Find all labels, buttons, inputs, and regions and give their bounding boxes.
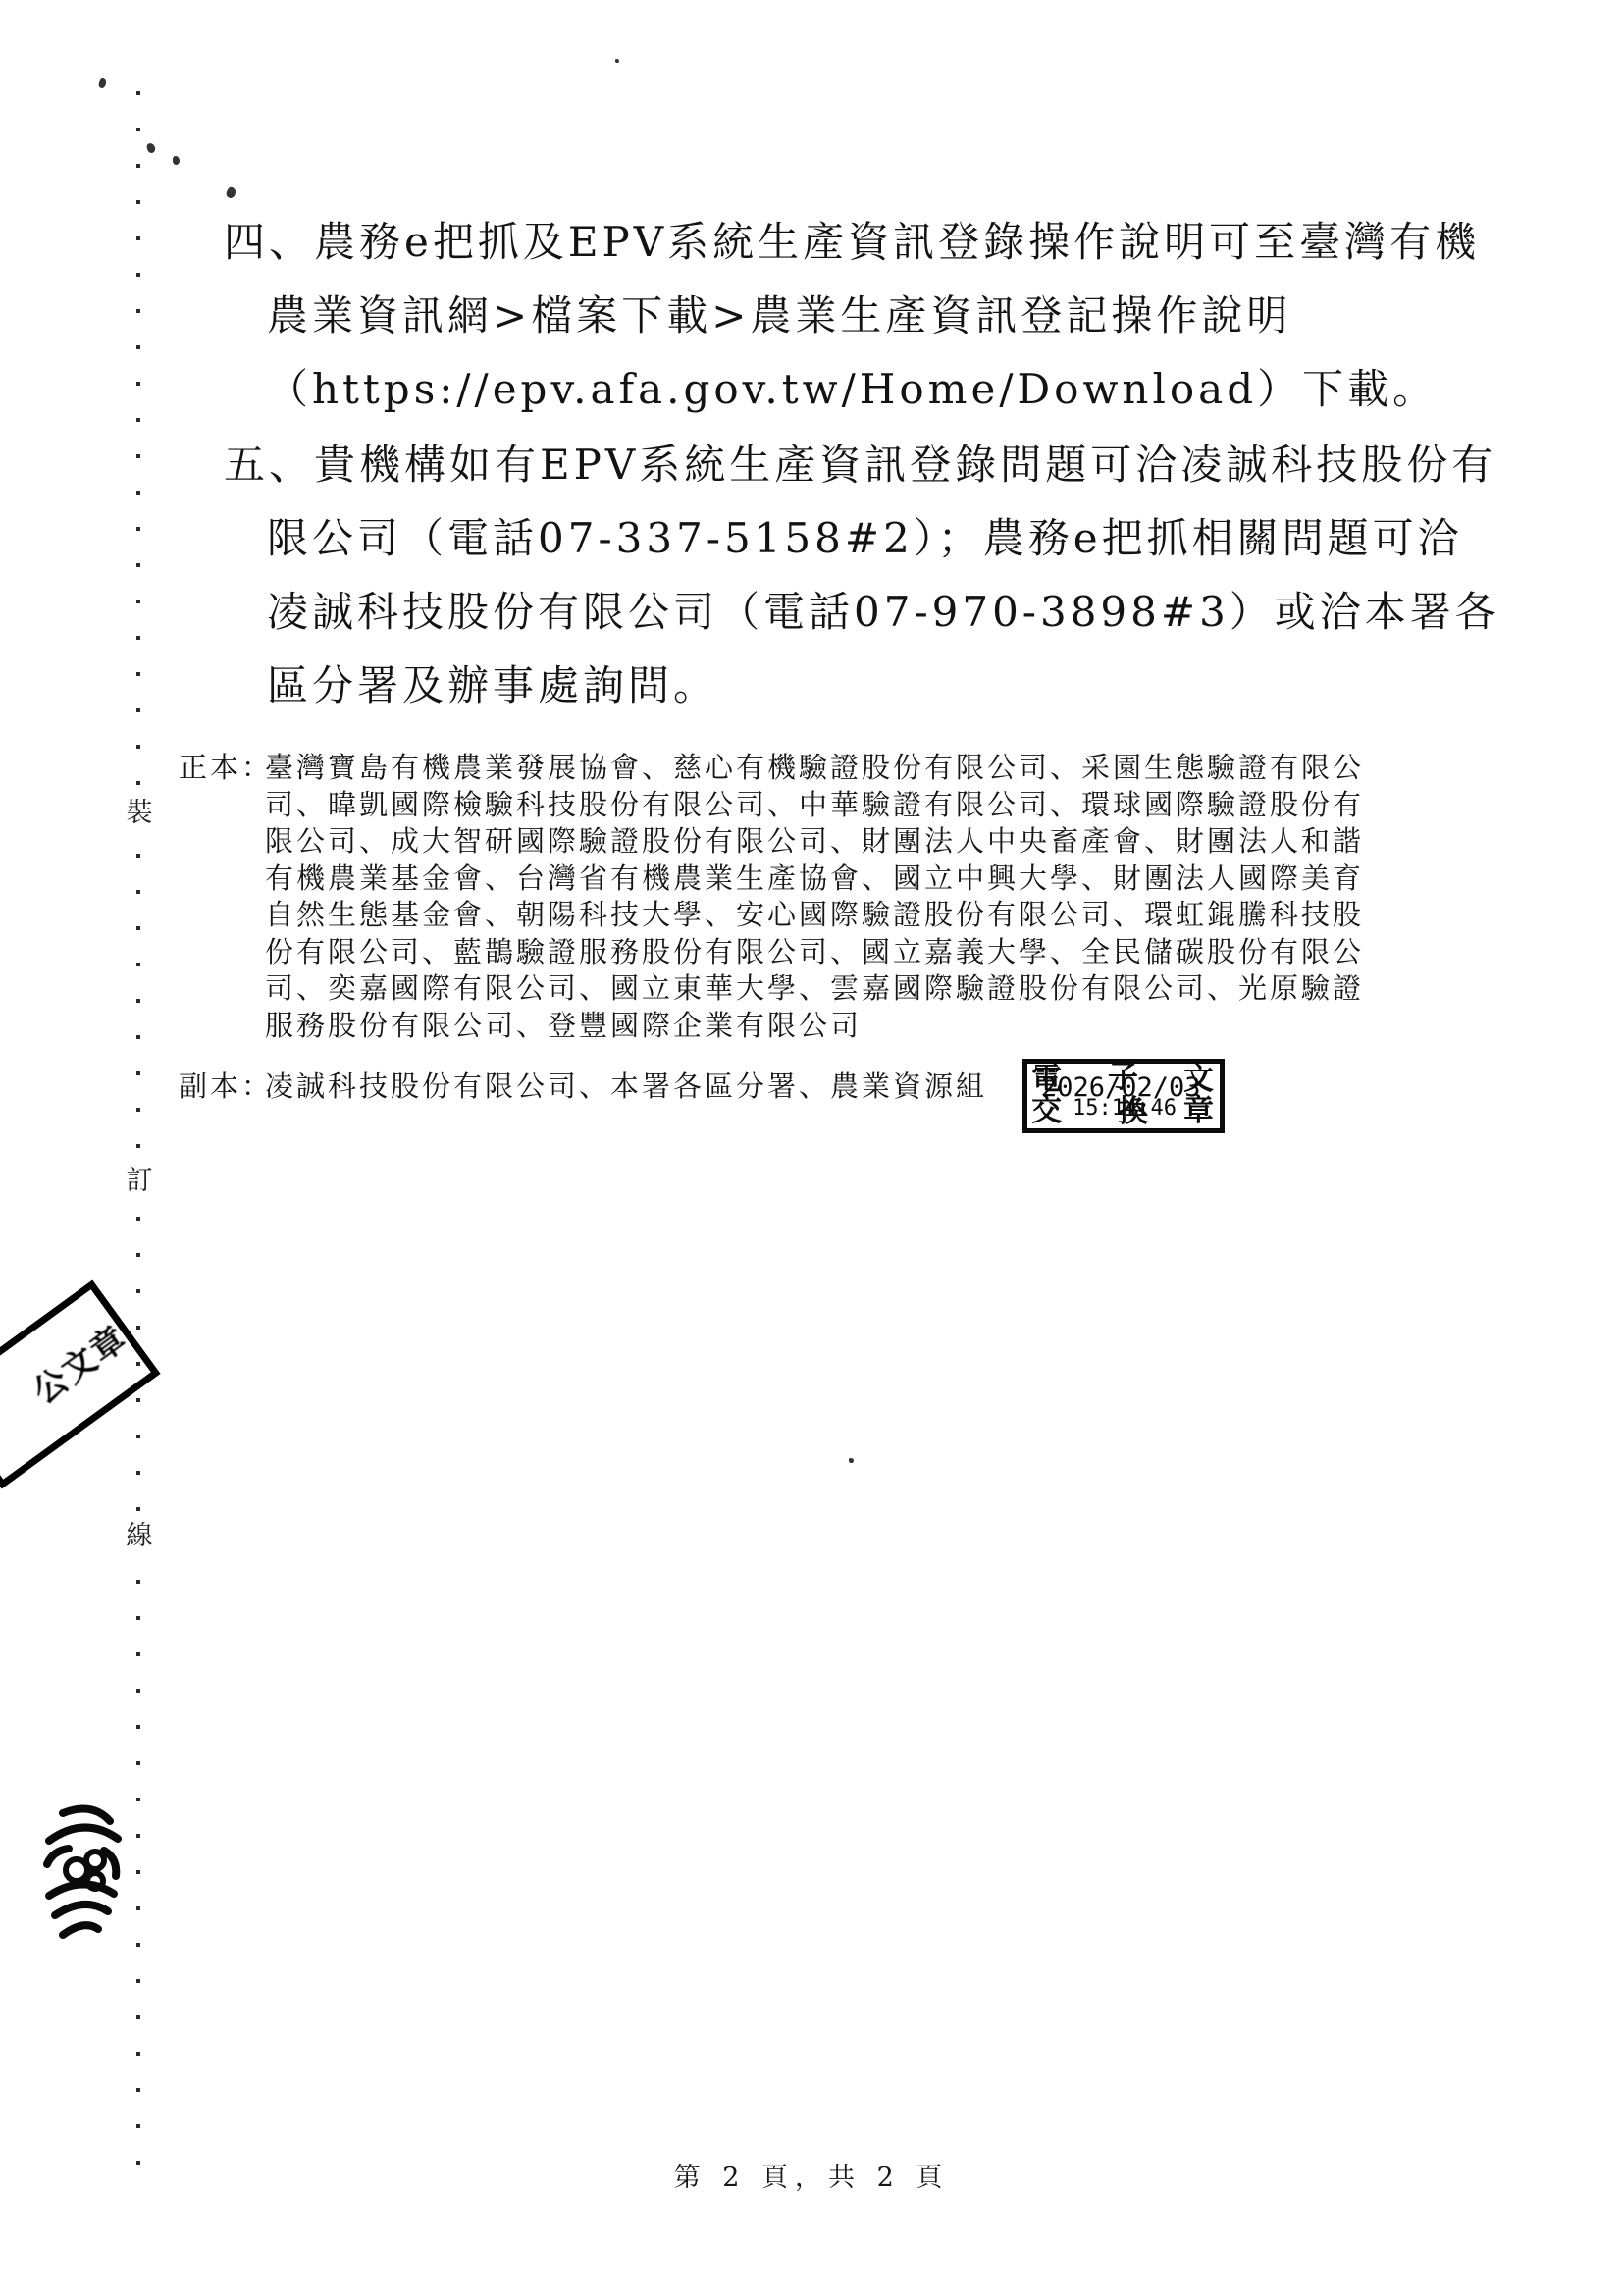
scan-speck bbox=[225, 186, 237, 200]
binding-dotted-line bbox=[136, 91, 140, 2173]
primary-recipients-line: 服務股份有限公司、登豐國際企業有限公司 bbox=[265, 1008, 1364, 1045]
official-document-stamp-text: 公文章 bbox=[21, 1312, 134, 1413]
page-number-footer: 第 2 頁，共 2 頁 bbox=[0, 2156, 1623, 2194]
scan-speck bbox=[173, 156, 180, 165]
item4-line3: （https://epv.afa.gov.tw/Home/Download）下載… bbox=[267, 367, 1438, 412]
copy-recipients-label: 副本： bbox=[179, 1069, 273, 1106]
primary-recipients-line: 臺灣寶島有機農業發展協會、慈心有機驗證股份有限公司、采園生態驗證有限公 bbox=[265, 750, 1364, 787]
binding-label-zhuang: 裝 bbox=[124, 799, 155, 828]
scan-speck bbox=[98, 78, 108, 89]
primary-recipients-line: 司、奕嘉國際有限公司、國立東華大學、雲嘉國際驗證股份有限公司、光原驗證 bbox=[265, 970, 1364, 1008]
scan-speck bbox=[615, 59, 619, 63]
scan-speck bbox=[849, 1458, 854, 1463]
primary-recipients-line: 份有限公司、藍鵲驗證服務股份有限公司、國立嘉義大學、全民儲碳股份有限公 bbox=[265, 934, 1364, 971]
binding-label-ding: 訂 bbox=[124, 1167, 155, 1196]
primary-recipients-list: 臺灣寶島有機農業發展協會、慈心有機驗證股份有限公司、采園生態驗證有限公 司、暐凱… bbox=[265, 750, 1364, 1044]
primary-recipients-line: 司、暐凱國際檢驗科技股份有限公司、中華驗證有限公司、環球國際驗證股份有 bbox=[265, 787, 1364, 824]
scanned-document-page: 裝 訂 線 四、農務e把抓及EPV系統生產資訊登錄操作說明可至臺灣有機 農業資訊… bbox=[0, 0, 1623, 2296]
swirl-ink-mark-icon bbox=[35, 1800, 130, 1949]
primary-recipients-line: 有機農業基金會、台灣省有機農業生產協會、國立中興大學、財團法人國際美育 bbox=[265, 861, 1364, 898]
primary-recipients-line: 限公司、成大智研國際驗證股份有限公司、財團法人中央畜產會、財團法人和諧 bbox=[265, 823, 1364, 861]
item4-line1: 四、農務e把抓及EPV系統生產資訊登錄操作說明可至臺灣有機 bbox=[224, 220, 1480, 265]
item5-line1: 五、貴機構如有EPV系統生產資訊登錄問題可洽凌誠科技股份有 bbox=[224, 443, 1496, 488]
item4-line2: 農業資訊網>檔案下載>農業生產資訊登記操作說明 bbox=[267, 293, 1291, 339]
primary-recipients-label: 正本： bbox=[179, 750, 273, 787]
item5-line3: 凌誠科技股份有限公司（電話07-970-3898#3）或洽本署各 bbox=[267, 590, 1500, 635]
stamp-time: 15:14:46 bbox=[1073, 1096, 1177, 1121]
item5-line4: 區分署及辦事處詢問。 bbox=[267, 663, 718, 708]
primary-recipients-line: 自然生態基金會、朝陽科技大學、安心國際驗證股份有限公司、環虹錕騰科技股 bbox=[265, 897, 1364, 934]
item5-line2: 限公司（電話07-337-5158#2）；農務e把抓相關問題可洽 bbox=[267, 516, 1463, 561]
scan-speck bbox=[146, 142, 156, 154]
copy-recipients-line: 凌誠科技股份有限公司、本署各區分署、農業資源組 bbox=[265, 1069, 987, 1106]
electronic-exchange-stamp: 電 子 文 交 換 章 2026/02/03 15:14:46 bbox=[1022, 1059, 1225, 1133]
binding-label-xian: 線 bbox=[124, 1522, 155, 1551]
